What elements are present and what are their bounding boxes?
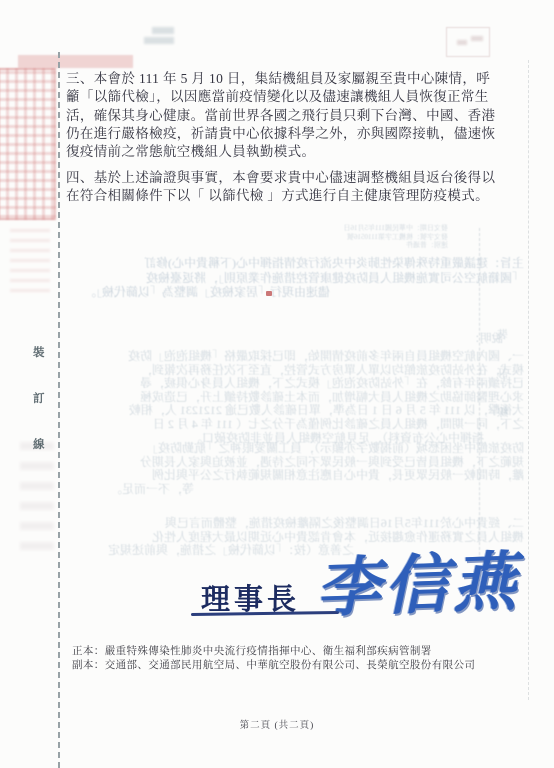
text-line: 發文日期：中華民國111年5月16日 — [288, 224, 448, 233]
text-line: 「國籍航空公司實施機組人員防疫健康管控措施作業原則」，將返臺檢疫 — [54, 271, 524, 286]
bleedthrough-explain-label: 說明： — [469, 330, 504, 346]
text-line: 主旨：建議嚴重特殊傳染性肺炎中央流行疫情指揮中心(下稱貴中心)修訂 — [54, 256, 524, 271]
seal-bleedthrough-tail — [10, 222, 50, 292]
bleedthrough-header: 發文日期：中華民國111年5月16日發文字號：桃機工字第1110516號速別：普… — [288, 224, 448, 250]
text-line: 籲「以篩代檢」，以因應當前疫情變化以及儘速讓機組人員恢復正常生 — [66, 88, 526, 106]
page-number: 第二頁 (共二頁) — [0, 717, 554, 731]
text-line: 大衝擊，以 111 年 5 月 6 日 1 日為準，單日確診人數已逾 21212… — [49, 404, 524, 418]
faint-marks — [457, 40, 467, 45]
binding-dashed-line — [58, 52, 60, 768]
seal-bleedthrough — [0, 68, 56, 220]
bleedthrough-body-1: 一、國內航空機組員自兩年多前疫情開始，即已採取嚴格「機組泡泡」防疫模式，在外站防… — [49, 350, 524, 445]
seal-bleedthrough-band — [18, 55, 133, 68]
text-line: 發文字號：桃機工字第1110516號 — [288, 233, 448, 242]
bleedthrough-binding-line — [479, 228, 480, 560]
text-line: 四、基於上述論證與事實，本會要求貴中心儘速調整機組員返台後得以 — [66, 169, 526, 187]
text-line: 三、本會於 111 年 5 月 10 日，集結機組員及家屬親至貴中心陳情，呼 — [66, 70, 526, 88]
text-line: 離，時間較一般民眾更長，貴中心自應注意相關規範執行之公平與比例 — [49, 469, 524, 483]
right-edge-dotted-line — [528, 60, 529, 700]
text-line: 二、經貴中心於111年5月16日調整後之隔離檢疫措施，整體而言已與 — [49, 517, 524, 531]
distribution-copy-line: 副本：交通部、交通部民用航空局、中華航空股份有限公司、長榮航空股份有限公司 — [72, 659, 475, 673]
text-line: 速別：普通件 — [288, 241, 448, 250]
text-line: 指揮中心公布資料），足見航空機組人員並非防疫破口。 — [49, 432, 524, 446]
text-line: 已持續兩年有餘，在「外站防疫泡泡」模式之下，機組人員身心俱疲，尋 — [49, 377, 524, 391]
text-line: 規範之下，機組員皆已受到與一般民眾不同之待遇，並被迫與家人長期分 — [49, 456, 524, 470]
binding-line-label: 裝 訂 線 — [33, 344, 47, 482]
text-line: 仍在進行嚴格檢疫，祈請貴中心依據科學之外，亦與國際接軌，儘速恢 — [66, 125, 526, 143]
text-line: 求心理醫師協助之機組人員大幅增加，而本土確診數持續上升，已造成極 — [49, 391, 524, 405]
bleedthrough-body-2: 防疫旅館中坐困愁城（前揭數字亦顯示），員工關愛眼神之「航勤防疫」規範之下，機組員… — [49, 442, 524, 496]
text-line: 防疫旅館中坐困愁城（前揭數字亦顯示），員工關愛眼神之「航勤防疫」 — [49, 442, 524, 456]
distribution-original-line: 正本：嚴重特殊傳染性肺炎中央流行疫情指揮中心、衛生福利部疾病管制署 — [72, 645, 475, 659]
text-line: 復疫情前之常態航空機組人員執勤模式。 — [66, 143, 526, 161]
paragraph-3: 三、本會於 111 年 5 月 10 日，集結機組員及家屬親至貴中心陳情，呼籲「… — [66, 70, 526, 161]
bleedthrough-binding-label: 裝 訂 線 — [494, 326, 508, 443]
scanned-letter-page: 發文日期：中華民國111年5月16日發文字號：桃機工字第1110516號速別：普… — [0, 0, 554, 768]
text-line: 儘速由現行「居家檢疫」調整為「以篩代檢」。 — [54, 285, 524, 300]
text-line: 模式，在外站防疫旅館均以單人單房方式管控，直至下次任務再次報到， — [49, 364, 524, 378]
faint-marks — [138, 27, 174, 47]
red-mark — [266, 291, 272, 296]
paragraph-4: 四、基於上述論證與事實，本會要求貴中心儘速調整機組員返台後得以在符合相關條件下以… — [66, 169, 526, 206]
faint-stamp-box — [446, 27, 490, 57]
text-line: 活，確保其身心健康。當前世界各國之飛行員只剩下台灣、中國、香港 — [66, 107, 526, 125]
text-line: 等，不一而足。 — [49, 483, 524, 497]
text-line: 在符合相關條件下以「 以篩代檢 」方式進行自主健康管理防疫模式。 — [66, 187, 526, 205]
text-line: 之下，同一期間，機組人員之確診比例僅為千分之七（ 111 年 4 月 2 日 — [49, 418, 524, 432]
bleedthrough-subject: 主旨：建議嚴重特殊傳染性肺炎中央流行疫情指揮中心(下稱貴中心)修訂「國籍航空公司… — [54, 256, 524, 300]
signature: 李信燕 — [314, 530, 521, 629]
distribution-list: 正本：嚴重特殊傳染性肺炎中央流行疫情指揮中心、衛生福利部疾病管制署 副本：交通部… — [72, 645, 475, 672]
faint-marks — [471, 36, 483, 41]
text-line: 一、國內航空機組員自兩年多前疫情開始，即已採取嚴格「機組泡泡」防疫 — [49, 350, 524, 364]
